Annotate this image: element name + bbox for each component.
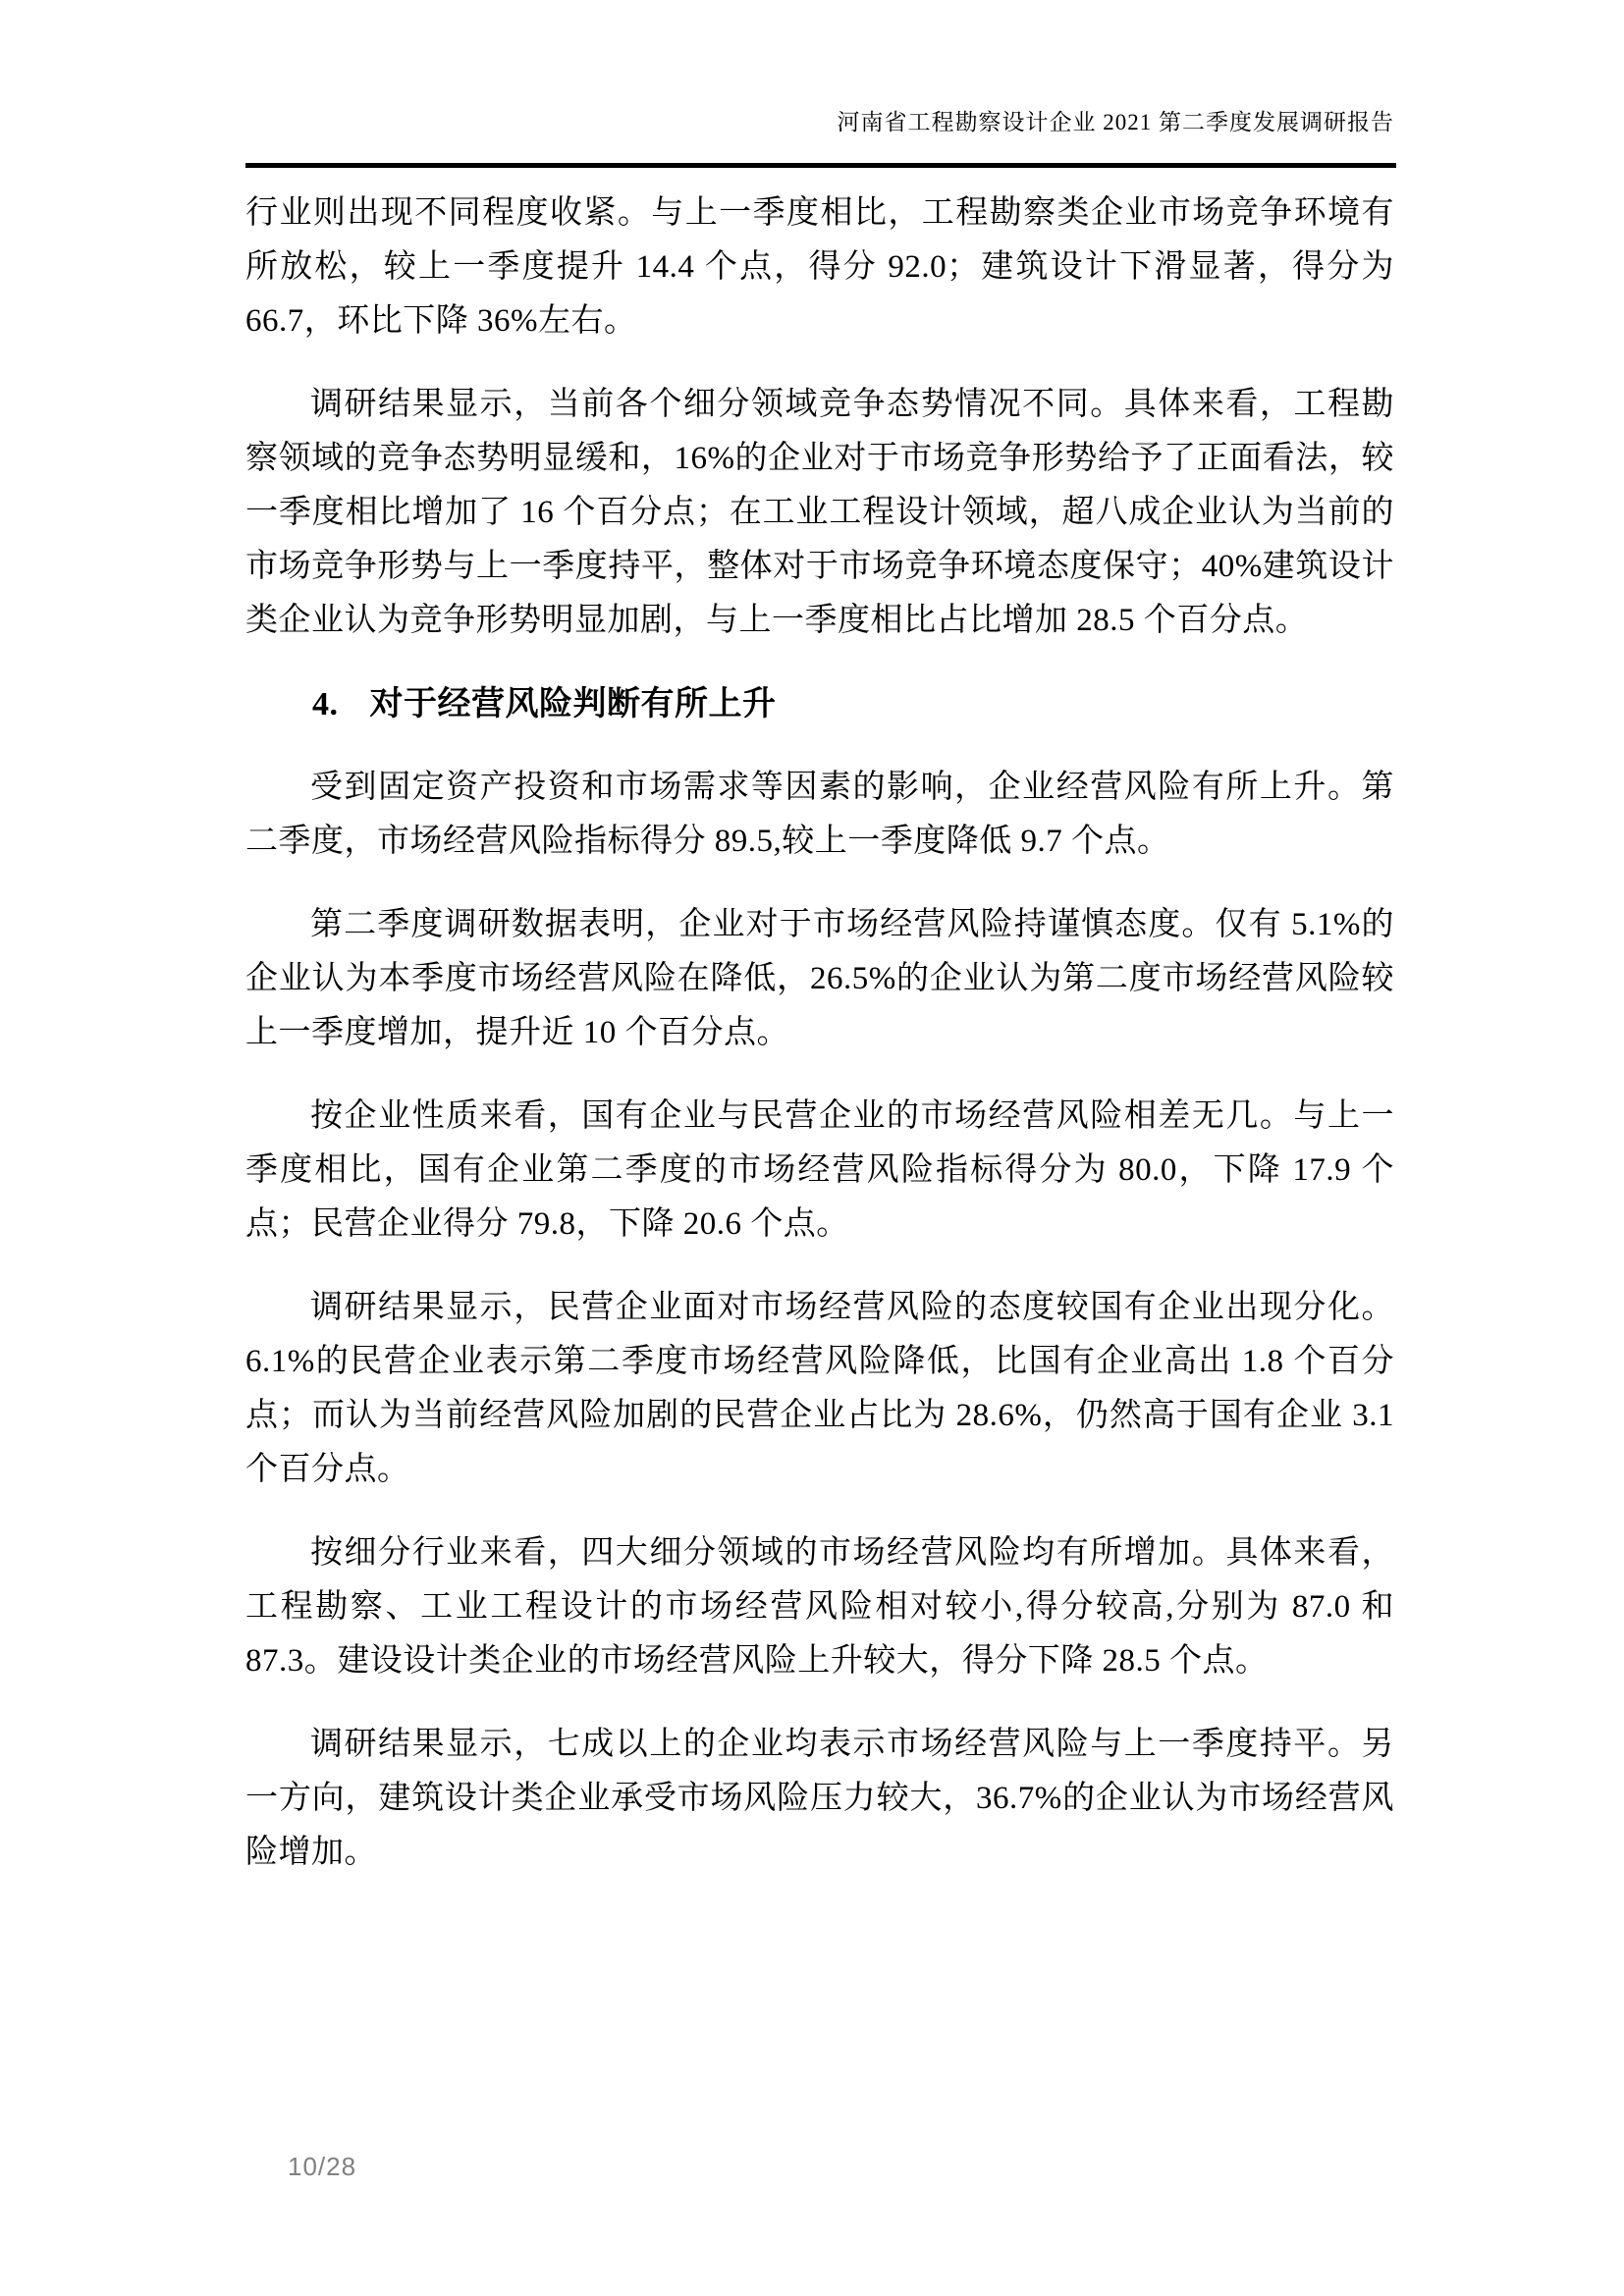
header-rule: [245, 163, 1396, 168]
document-page: 河南省工程勘察设计企业 2021 第二季度发展调研报告 行业则出现不同程度收紧。…: [0, 0, 1624, 2296]
page-header: 河南省工程勘察设计企业 2021 第二季度发展调研报告: [245, 104, 1394, 136]
page-number: 10/28: [288, 2152, 356, 2181]
document-body: 行业则出现不同程度收紧。与上一季度相比，工程勘察类企业市场竞争环境有所放松，较上…: [245, 187, 1394, 1909]
body-paragraph: 调研结果显示，民营企业面对市场经营风险的态度较国有企业出现分化。6.1%的民营企…: [245, 1281, 1394, 1497]
section-heading-number: 4.: [312, 677, 339, 731]
body-paragraph: 调研结果显示，当前各个细分领域竞争态势情况不同。具体来看，工程勘察领域的竞争态势…: [245, 378, 1394, 648]
body-paragraph: 第二季度调研数据表明，企业对于市场经营风险持谨慎态度。仅有 5.1%的企业认为本…: [245, 898, 1394, 1060]
body-paragraph: 行业则出现不同程度收紧。与上一季度相比，工程勘察类企业市场竞争环境有所放松，较上…: [245, 187, 1394, 348]
body-paragraph: 按企业性质来看，国有企业与民营企业的市场经营风险相差无几。与上一季度相比，国有企…: [245, 1090, 1394, 1252]
body-paragraph: 按细分行业来看，四大细分领域的市场经营风险均有所增加。具体来看，工程勘察、工业工…: [245, 1526, 1394, 1688]
header-title: 河南省工程勘察设计企业 2021 第二季度发展调研报告: [838, 110, 1395, 134]
section-heading-title: 对于经营风险判断有所上升: [370, 686, 777, 722]
body-paragraph: 调研结果显示，七成以上的企业均表示市场经营风险与上一季度持平。另一方向，建筑设计…: [245, 1718, 1394, 1880]
section-heading: 4.对于经营风险判断有所上升: [245, 677, 1394, 731]
page-footer: 10/28: [288, 2152, 356, 2182]
body-paragraph: 受到固定资产投资和市场需求等因素的影响，企业经营风险有所上升。第二季度，市场经营…: [245, 761, 1394, 869]
